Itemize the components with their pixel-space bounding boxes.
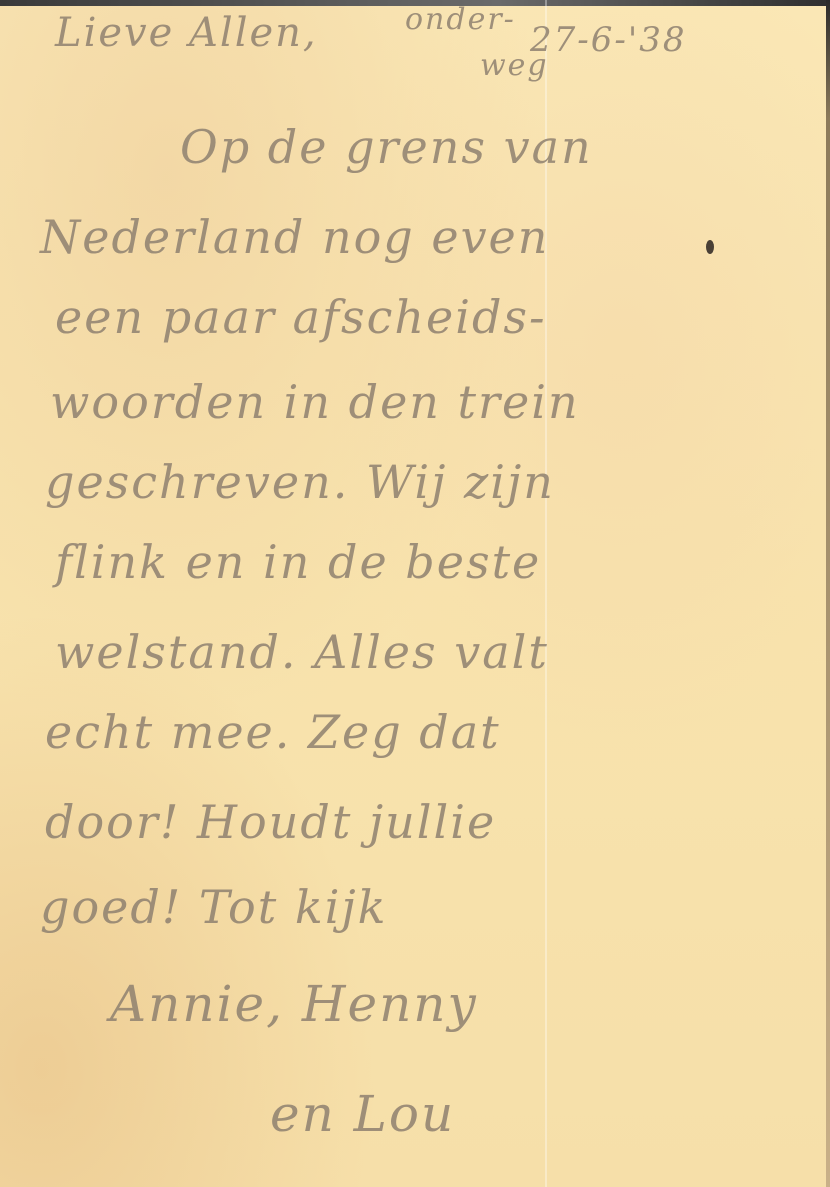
ink-smudge (706, 240, 714, 254)
salutation: Lieve Allen, (55, 10, 318, 56)
postcard-back: Lieve Allen, onder- weg 27-6-'38 Op de g… (0, 0, 830, 1187)
body-line: flink en in de beste (55, 535, 541, 589)
signature-line-1: Annie, Henny (110, 975, 478, 1033)
date: 27-6-'38 (530, 20, 686, 60)
body-line: geschreven. Wij zijn (45, 455, 555, 509)
body-line: echt mee. Zeg dat (45, 705, 501, 759)
insertion-above: onder- (405, 2, 516, 37)
body-line: welstand. Alles valt (55, 625, 549, 679)
body-line: goed! Tot kijk (40, 880, 388, 934)
scan-edge-right (826, 0, 830, 1187)
body-line: woorden in den trein (50, 375, 580, 429)
signature-line-2: en Lou (270, 1085, 455, 1143)
body-line: Op de grens van (180, 120, 593, 174)
fold-crease (545, 0, 547, 1187)
body-line: Nederland nog even (40, 210, 549, 264)
body-line: een paar afscheids- (55, 290, 547, 344)
body-line: door! Houdt jullie (45, 795, 496, 849)
